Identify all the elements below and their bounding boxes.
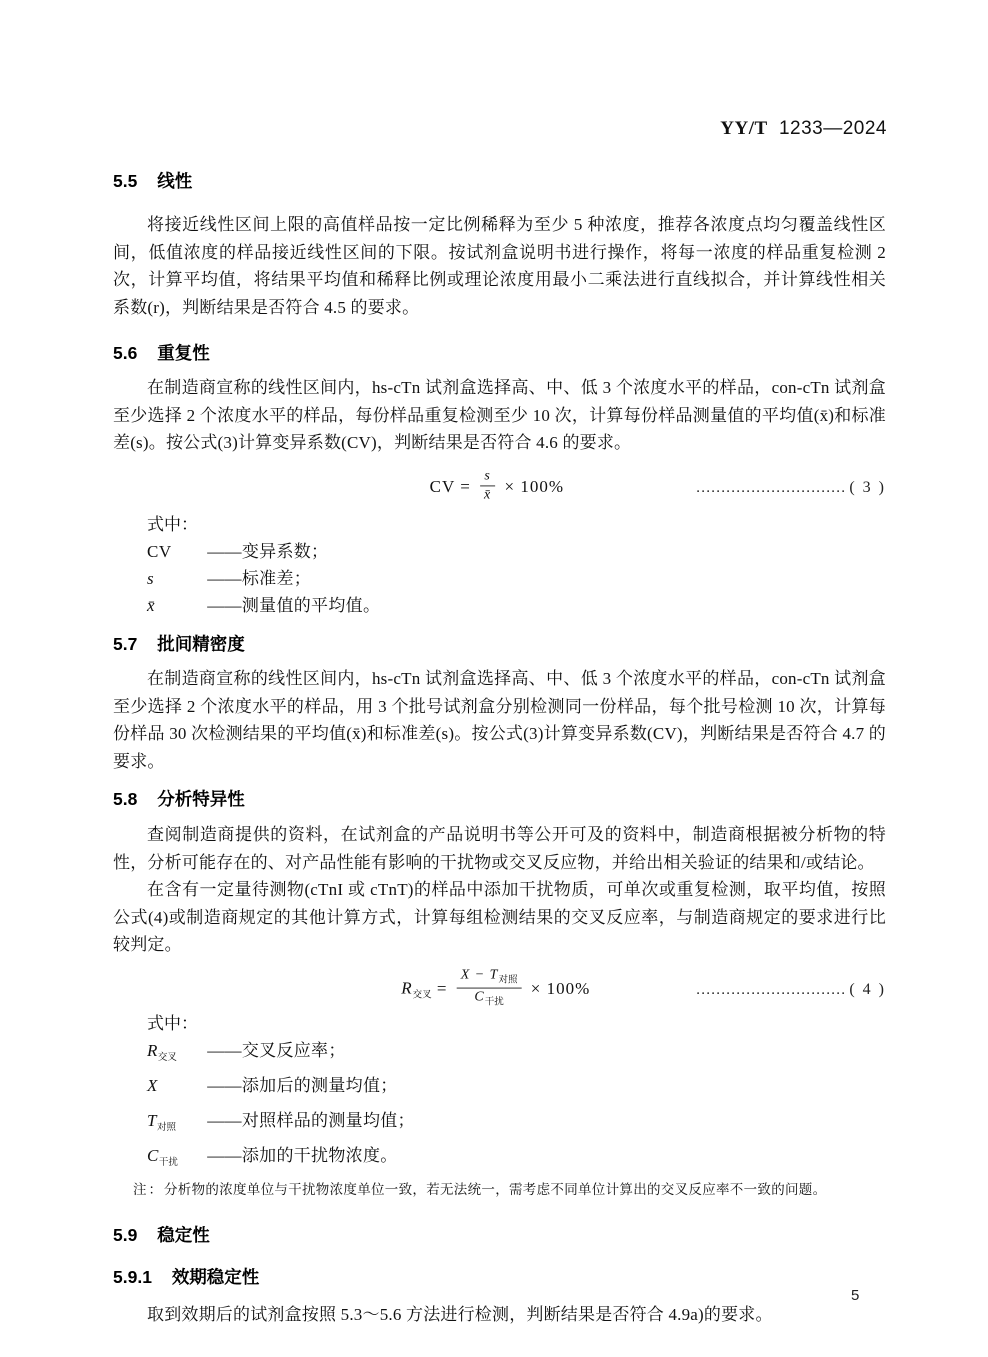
note-label: 注： [133, 1182, 164, 1197]
formula-4-expression: R交叉 = X − T对照 C干扰 × 100% [401, 969, 590, 1010]
subscript: 干扰 [159, 1158, 178, 1168]
formula-4-definitions: R交叉 ——交叉反应率； X ——添加后的测量均值； T对照 ——对照样品的测量… [113, 1037, 886, 1178]
subscript: 交叉 [413, 991, 432, 1001]
section-5-7-paragraph: 在制造商宣称的线性区间内，hs-cTn 试剂盒选择高、中、低 3 个浓度水平的样… [113, 665, 886, 775]
formula-4-rhs: × 100% [531, 979, 591, 998]
section-5-5-heading: 5.5 线性 [113, 168, 886, 195]
formula-3-fraction: s x̄ [480, 468, 495, 503]
formula-3-leader: ………………………… ( 3 ) [696, 479, 886, 497]
subscript: 对照 [157, 1123, 176, 1133]
formula-4-leader: ………………………… ( 4 ) [696, 981, 886, 999]
standard-code-number: 1233—2024 [779, 118, 887, 139]
definition-term: X [147, 1072, 203, 1107]
subscript: 对照 [498, 975, 517, 985]
section-5-8-heading: 5.8 分析特异性 [113, 786, 886, 813]
definition-row: X ——添加后的测量均值； [113, 1072, 886, 1107]
section-5-6-heading: 5.6 重复性 [113, 340, 886, 367]
section-title: 稳定性 [157, 1225, 210, 1245]
definition-term: R交叉 [147, 1037, 203, 1072]
formula-4-fraction: X − T对照 C干扰 [457, 967, 522, 1008]
document-page: YY/T 1233—2024 5.5 线性 将接近线性区间上限的高值样品按一定比… [0, 0, 988, 1357]
section-number: 5.5 [113, 171, 137, 191]
definition-row: R交叉 ——交叉反应率； [113, 1037, 886, 1072]
formula-3-denominator: x̄ [480, 486, 495, 503]
section-title: 效期稳定性 [172, 1267, 260, 1287]
formula-4-numerator: X − T对照 [457, 967, 522, 988]
standard-code: YY/T 1233—2024 [720, 118, 887, 140]
formula-3-rhs: × 100% [505, 476, 565, 495]
section-5-9-heading: 5.9 稳定性 [113, 1222, 886, 1249]
formula-3-expression: CV = s x̄ × 100% [430, 470, 564, 505]
subscript: 交叉 [158, 1053, 177, 1063]
definition-term: s [147, 565, 203, 592]
definition-term: x̄ [147, 592, 203, 619]
definition-row: C干扰 ——添加的干扰物浓度。 [113, 1142, 886, 1177]
definition-row: T对照 ——对照样品的测量均值； [113, 1107, 886, 1142]
section-number: 5.6 [113, 343, 137, 363]
definition-term: C干扰 [147, 1142, 203, 1177]
formula-4-number: ( 4 ) [849, 981, 886, 998]
definition-row: s ——标准差； [113, 565, 886, 592]
section-number: 5.9.1 [113, 1267, 152, 1287]
section-5-9-1-paragraph: 取到效期后的试剂盒按照 5.3～5.6 方法进行检测，判断结果是否符合 4.9a… [113, 1301, 886, 1329]
section-title: 分析特异性 [157, 789, 245, 809]
formula-3-where-label: 式中： [113, 511, 886, 538]
definition-description: ——标准差； [207, 569, 311, 588]
section-5-8-paragraph-2: 在含有一定量待测物(cTnI 或 cTnT)的样品中添加干扰物质，可单次或重复检… [113, 876, 886, 959]
section-5-6-paragraph: 在制造商宣称的线性区间内，hs-cTn 试剂盒选择高、中、低 3 个浓度水平的样… [113, 374, 886, 457]
section-number: 5.8 [113, 789, 137, 809]
definition-description: ——添加后的测量均值； [207, 1076, 397, 1095]
formula-4-note: 注：分析物的浓度单位与干扰物浓度单位一致，若无法统一，需考虑不同单位计算出的交叉… [113, 1179, 886, 1201]
definition-term: CV [147, 538, 203, 565]
formula-4-denominator: C干扰 [457, 988, 522, 1008]
section-5-5-paragraph: 将接近线性区间上限的高值样品按一定比例稀释为至少 5 种浓度，推荐各浓度点均匀覆… [113, 211, 886, 321]
leader-dots: ………………………… [696, 480, 846, 496]
section-title: 线性 [157, 171, 192, 191]
definition-row: x̄ ——测量值的平均值。 [113, 592, 886, 619]
formula-4-lhs: R交叉 [401, 979, 431, 998]
section-title: 批间精密度 [157, 634, 245, 654]
definition-description: ——添加的干扰物浓度。 [207, 1146, 397, 1165]
note-text: 分析物的浓度单位与干扰物浓度单位一致，若无法统一，需考虑不同单位计算出的交叉反应… [164, 1182, 826, 1197]
section-number: 5.9 [113, 1225, 137, 1245]
formula-3: CV = s x̄ × 100% ………………………… ( 3 ) [113, 465, 886, 511]
section-5-7-heading: 5.7 批间精密度 [113, 631, 886, 658]
definition-term: T对照 [147, 1107, 203, 1142]
subscript: 干扰 [485, 997, 504, 1007]
standard-code-prefix: YY/T [720, 118, 767, 139]
definition-description: ——变异系数； [207, 542, 328, 561]
formula-3-definitions: CV ——变异系数； s ——标准差； x̄ ——测量值的平均值。 [113, 538, 886, 620]
section-number: 5.7 [113, 634, 137, 654]
formula-3-numerator: s [480, 468, 495, 486]
formula-3-number: ( 3 ) [849, 479, 886, 496]
document-body: 5.5 线性 将接近线性区间上限的高值样品按一定比例稀释为至少 5 种浓度，推荐… [113, 168, 886, 1329]
definition-row: CV ——变异系数； [113, 538, 886, 565]
section-title: 重复性 [157, 343, 210, 363]
section-5-9-1-heading: 5.9.1 效期稳定性 [113, 1264, 886, 1291]
definition-description: ——交叉反应率； [207, 1041, 345, 1060]
leader-dots: ………………………… [696, 982, 846, 998]
page-number: 5 [851, 1287, 859, 1304]
section-5-8-paragraph-1: 查阅制造商提供的资料，在试剂盒的产品说明书等公开可及的资料中，制造商根据被分析物… [113, 821, 886, 876]
equals-sign: = [437, 979, 448, 998]
formula-3-lhs: CV [430, 476, 455, 495]
definition-description: ——测量值的平均值。 [207, 596, 380, 615]
formula-4: R交叉 = X − T对照 C干扰 × 100% ………………………… ( 4 … [113, 964, 886, 1016]
definition-description: ——对照样品的测量均值； [207, 1111, 415, 1130]
equals-sign: = [460, 476, 471, 495]
